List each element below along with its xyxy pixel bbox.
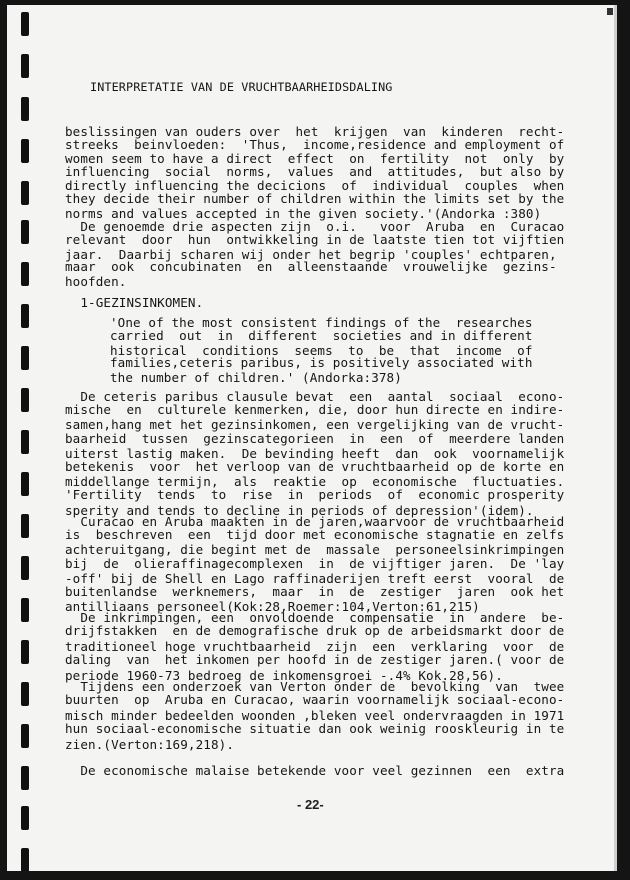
text-line: they decide their number of children wit… bbox=[65, 192, 564, 206]
binder-hole bbox=[21, 139, 29, 163]
binder-hole bbox=[21, 724, 29, 748]
binder-hole bbox=[21, 806, 29, 830]
text-line: influencing social norms, values and att… bbox=[65, 165, 564, 179]
document-page: INTERPRETATIE VAN DE VRUCHTBAARHEIDSDALI… bbox=[7, 5, 617, 871]
binder-hole bbox=[21, 12, 29, 36]
text-line: buurten op Aruba en Curacao, waarin voor… bbox=[65, 693, 564, 707]
text-line: 'Fertility tends to rise in periods of e… bbox=[65, 488, 564, 502]
page-edge bbox=[614, 5, 617, 871]
text-line: is beschreven een tijd door met economis… bbox=[65, 528, 564, 542]
text-line: baarheid tussen gezinscategorieen in een… bbox=[65, 432, 564, 446]
binder-hole bbox=[21, 472, 29, 496]
binder-hole bbox=[21, 598, 29, 622]
binder-hole bbox=[21, 430, 29, 454]
document-title: INTERPRETATIE VAN DE VRUCHTBAARHEIDSDALI… bbox=[90, 80, 393, 94]
text-line: families,ceteris paribus, is positively … bbox=[110, 356, 533, 370]
binder-hole bbox=[21, 181, 29, 205]
binder-hole bbox=[21, 220, 29, 244]
binder-hole bbox=[21, 514, 29, 538]
text-line: mische en culturele kenmerken, die, door… bbox=[65, 403, 564, 417]
text-line: maar ook concubinaten en alleenstaande v… bbox=[65, 260, 557, 274]
text-line: bij de olieraffinagecomplexen in de vijf… bbox=[65, 557, 564, 571]
binder-hole bbox=[21, 556, 29, 580]
binder-hole bbox=[21, 682, 29, 706]
text-line: the number of children.' (Andorka:378) bbox=[110, 371, 402, 385]
binder-hole bbox=[21, 346, 29, 370]
binder-hole bbox=[21, 766, 29, 790]
binder-hole bbox=[21, 388, 29, 412]
binder-hole bbox=[21, 640, 29, 664]
text-line: drijfstakken en de demografische druk op… bbox=[65, 624, 564, 638]
text-line: hoofden. bbox=[65, 275, 126, 289]
corner-mark bbox=[607, 8, 613, 15]
text-line: relevant door hun ontwikkeling in de laa… bbox=[65, 233, 564, 247]
binder-hole bbox=[21, 304, 29, 328]
binder-hole bbox=[21, 54, 29, 78]
binder-hole bbox=[21, 262, 29, 286]
text-line: streeks beinvloeden: 'Thus, income,resid… bbox=[65, 138, 564, 152]
text-line: carried out in different societies and i… bbox=[110, 329, 533, 343]
text-line: hun sociaal-economische situatie dan ook… bbox=[65, 722, 564, 736]
binder-hole bbox=[21, 848, 29, 871]
text-line: zien.(Verton:169,218). bbox=[65, 738, 234, 752]
page-number: - 22- bbox=[297, 797, 324, 812]
text-line: De economische malaise betekende voor ve… bbox=[65, 764, 564, 778]
text-line: betekenis voor het verloop van de vrucht… bbox=[65, 460, 564, 474]
text-line: daling van het inkomen per hoofd in de z… bbox=[65, 653, 564, 667]
binder-hole bbox=[21, 97, 29, 121]
text-line: buitenlandse werknemers, maar in de zest… bbox=[65, 585, 564, 599]
text-line: 1-GEZINSINKOMEN. bbox=[65, 296, 203, 310]
